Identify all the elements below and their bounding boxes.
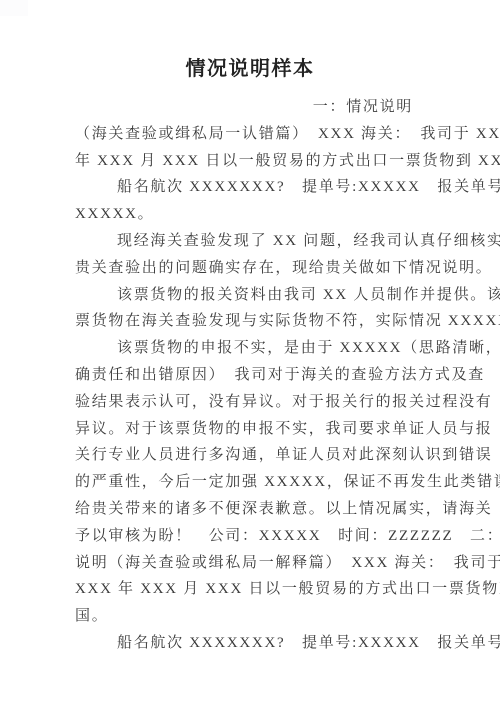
document-body: 一：情况说明（海关查验或缉私局一认错篇） XXX 海关： 我司于 XXX年 XX… xyxy=(0,94,500,657)
document-line: 船名航次 XXXXXXX? 提单号:XXXXX 报关单号： xyxy=(75,174,473,201)
document-line: XXXXX。 xyxy=(75,201,473,228)
document-line: 该票货物的报关资料由我司 XX 人员制作并提供。该 xyxy=(75,282,473,309)
document-line: 一：情况说明 xyxy=(75,94,473,121)
document-line: 予以审核为盼！ 公司：XXXXX 时间：ZZZZZZ 二：情况 xyxy=(75,523,473,550)
document-line: 国。 xyxy=(75,603,473,630)
document-line: 贵关查验出的问题确实存在，现给贵关做如下情况说明。 xyxy=(75,255,473,282)
document-line: 票货物在海关查验发现与实际货物不符，实际情况 XXXXX。 xyxy=(75,308,473,335)
document-line: 关行专业人员进行多沟通，单证人员对此深刻认识到错误 xyxy=(75,442,473,469)
document-page: 情况说明样本 一：情况说明（海关查验或缉私局一认错篇） XXX 海关： 我司于 … xyxy=(0,0,500,708)
document-line: 该票货物的申报不实，是由于 XXXXX（思路清晰，明 xyxy=(75,335,473,362)
document-line: 年 XXX 月 XXX 日以一般贸易的方式出口一票货物到 XX 国。 xyxy=(75,148,473,175)
document-line: 船名航次 XXXXXXX? 提单号:XXXXX 报关单号： xyxy=(75,630,473,657)
document-line: 现经海关查验发现了 XX 问题，经我司认真仔细核实， xyxy=(75,228,473,255)
document-line: 异议。对于该票货物的申报不实，我司要求单证人员与报 xyxy=(75,416,473,443)
document-line: 验结果表示认可，没有异议。对于报关行的报关过程没有 xyxy=(75,389,473,416)
document-line: XXX 年 XXX 月 XXX 日以一般贸易的方式出口一票货物到 XX xyxy=(75,576,473,603)
document-line: （海关查验或缉私局一认错篇） XXX 海关： 我司于 XXX xyxy=(75,121,473,148)
document-line: 给贵关带来的诸多不便深表歉意。以上情况属实，请海关 xyxy=(75,496,473,523)
document-line: 的严重性，今后一定加强 XXXXX，保证不再发生此类错误。 xyxy=(75,469,473,496)
scan-artifact xyxy=(0,0,28,16)
document-line: 确责任和出错原因） 我司对于海关的查验方法方式及查 xyxy=(75,362,473,389)
document-line: 说明（海关查验或缉私局一解释篇） XXX 海关： 我司于 xyxy=(75,550,473,577)
document-title: 情况说明样本 xyxy=(0,0,500,81)
